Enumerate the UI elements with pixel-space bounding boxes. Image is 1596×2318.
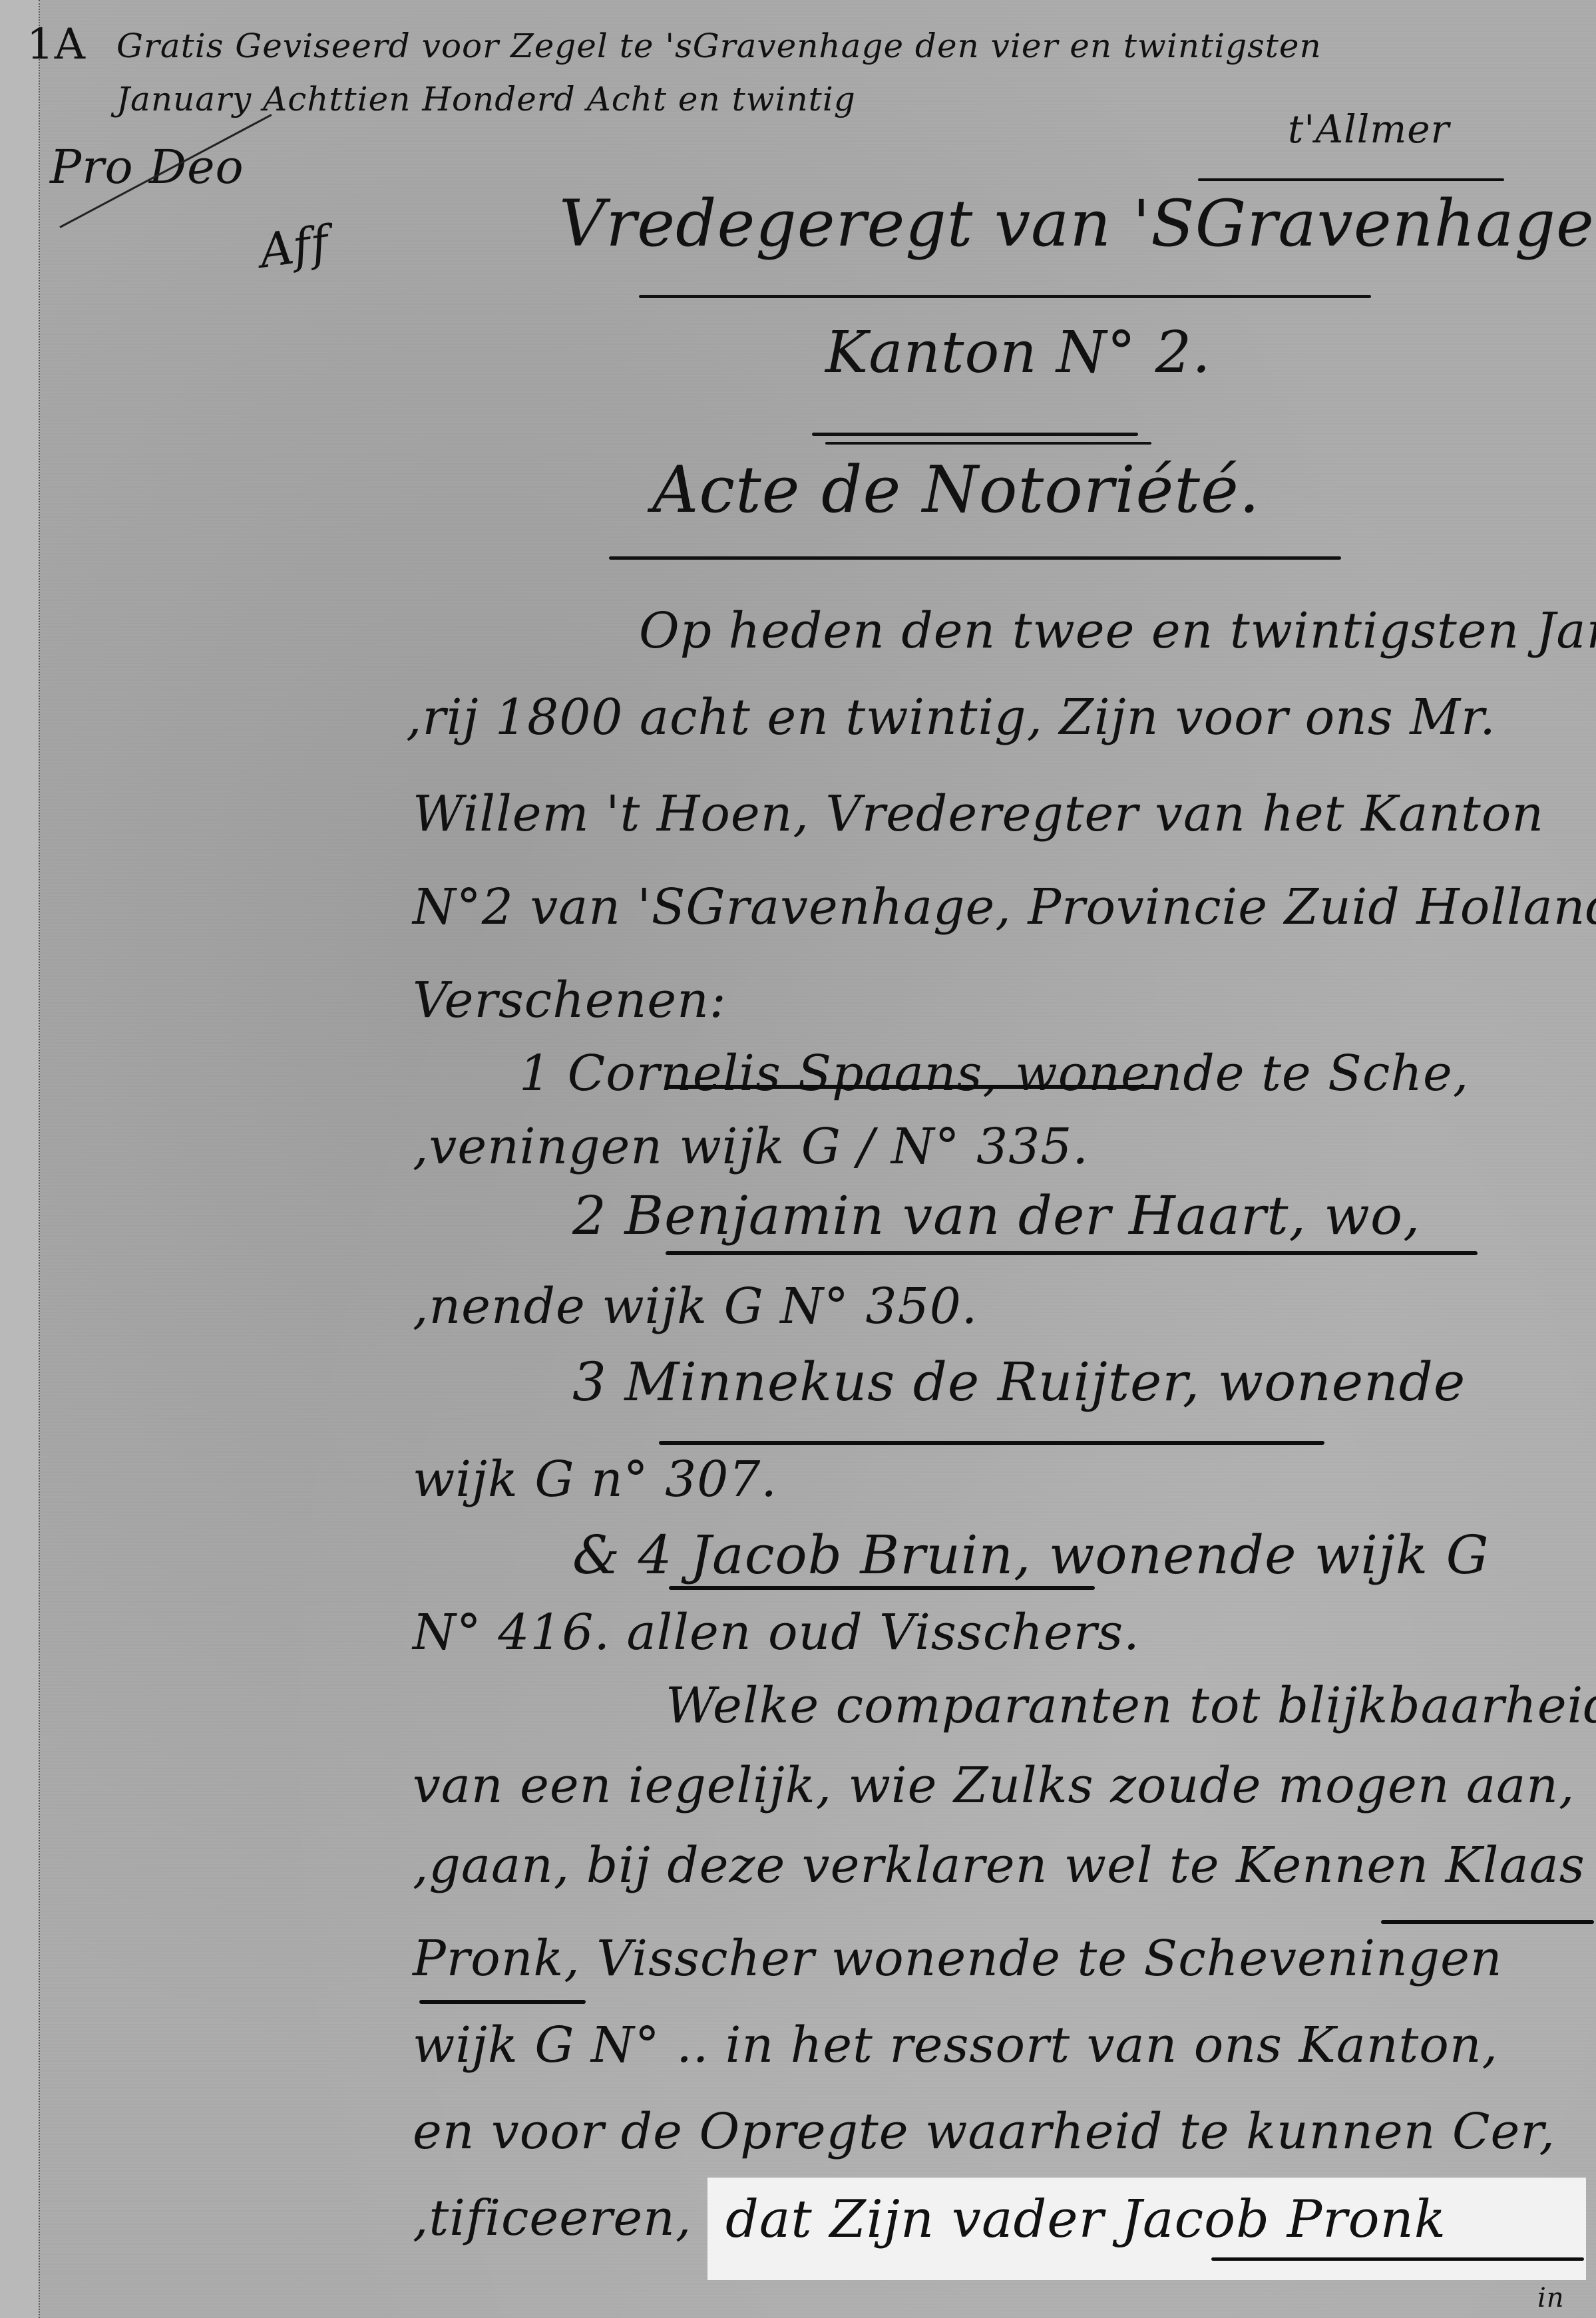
pro-deo-note: Pro Deo (50, 140, 244, 194)
witness-3-line: 3 Minnekus de Ruijter, wonende (572, 1351, 1466, 1413)
court-heading: Vredegeregt van 'SGravenhage. (559, 186, 1596, 261)
underline-witness-3 (659, 1441, 1324, 1445)
margin-note-line2: January Achttien Honderd Acht en twintig (116, 80, 856, 118)
page-edge (0, 0, 40, 2318)
underline-pronk (419, 2000, 586, 2004)
canton-heading: Kanton N° 2. (825, 319, 1211, 386)
body-line-3: Willem 't Hoen, Vrederegter van het Kant… (413, 785, 1544, 843)
header-rule-2 (812, 433, 1138, 436)
body-line-18: wijk G N° .. in het ressort van ons Kant… (413, 2017, 1498, 2074)
continuation-mark: in (1537, 2283, 1565, 2313)
header-rule-3 (825, 442, 1151, 445)
witness-1-line: 1 Cornelis Spaans, wonende te Sche, (519, 1045, 1469, 1102)
body-line-5: Verschenen: (413, 972, 727, 1029)
underline-klaas (1381, 1920, 1594, 1924)
title-rule (609, 556, 1341, 560)
page-number-mark: 1A (27, 20, 86, 69)
body-line-20: ,tificeeren, (413, 2190, 692, 2247)
body-line-19: en voor de Opregte waarheid te kunnen Ce… (413, 2103, 1555, 2160)
body-line-16: ,gaan, bij deze verklaren wel te Kennen … (413, 1837, 1585, 1894)
body-line-14: Welke comparanten tot blijkbaarheid (666, 1677, 1596, 1734)
body-line-15: van een iegelijk, wie Zulks zoude mogen … (413, 1757, 1575, 1814)
witness-3-address: wijk G n° 307. (413, 1451, 777, 1508)
underline-witness-1 (666, 1085, 1158, 1089)
highlighted-text: dat Zijn vader Jacob Pronk (725, 2190, 1446, 2249)
underline-witness-2 (666, 1251, 1478, 1255)
document-title: Acte de Notoriété. (652, 453, 1260, 527)
witness-1-address: ,veningen wijk G / N° 335. (413, 1118, 1089, 1175)
witness-2-line: 2 Benjamin van der Haart, wo, (572, 1185, 1420, 1247)
paraph-mark: Aff (256, 215, 333, 279)
body-line-2: ,rij 1800 acht en twintig, Zijn voor ons… (406, 689, 1496, 746)
signature-flourish (1198, 178, 1504, 181)
body-line-17: Pronk, Visscher wonende te Scheveningen (413, 1930, 1503, 1987)
underline-witness-4 (669, 1586, 1095, 1590)
underline-jacob-pronk (1211, 2257, 1584, 2261)
header-rule-1 (639, 295, 1371, 298)
witness-4-address: N° 416. allen oud Visschers. (413, 1604, 1140, 1661)
body-line-1: Op heden den twee en twintigsten Janua, (639, 602, 1596, 660)
witness-4-line: & 4 Jacob Bruin, wonende wijk G (572, 1524, 1490, 1586)
margin-note-line1: Gratis Geviseerd voor Zegel te 'sGravenh… (116, 27, 1322, 65)
official-signature: t'Allmer (1288, 106, 1450, 152)
body-line-4: N°2 van 'SGravenhage, Provincie Zuid Hol… (413, 878, 1596, 936)
witness-2-address: ,nende wijk G N° 350. (413, 1278, 978, 1335)
